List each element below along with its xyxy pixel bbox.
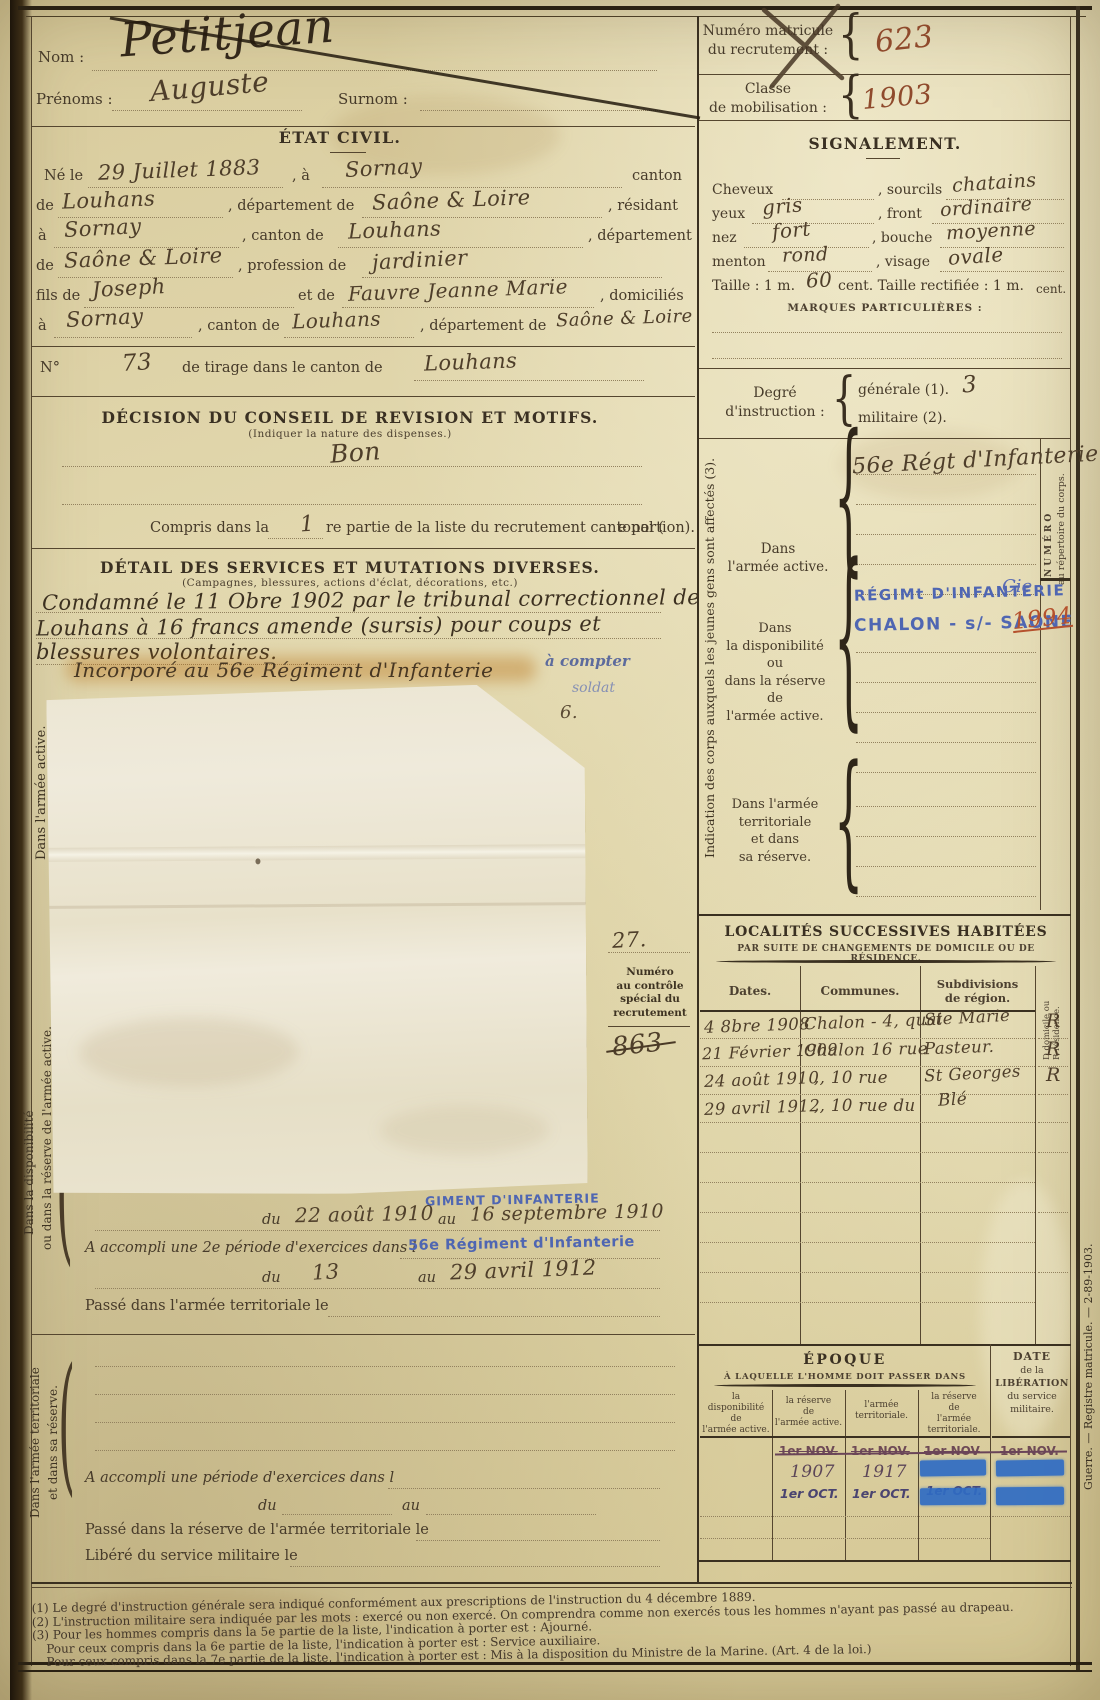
rule-line	[290, 1566, 660, 1567]
rule-line	[1038, 1272, 1068, 1273]
et-de-label: et de	[298, 288, 335, 304]
rule-line	[940, 271, 1064, 272]
taille-value: 60	[805, 267, 832, 292]
margin-label-territoriale-1: Dans l'armée territoriale	[28, 1268, 42, 1518]
cent-label: cent.	[1036, 282, 1066, 296]
rule-line	[1038, 1212, 1068, 1213]
du-label: du	[262, 1212, 281, 1228]
table-column-line	[1035, 966, 1036, 1344]
localite-row-commune: Chalon - 4, quai	[804, 1010, 943, 1034]
rule-line	[95, 1366, 675, 1367]
periode2-date-fin: 16 septembre 1910	[470, 1200, 664, 1225]
border-right-inner	[1070, 16, 1071, 1666]
decision-value: Bon	[329, 436, 382, 468]
instruction-generale-label: générale (1).	[858, 382, 949, 398]
controle-label-line2: au contrôle	[616, 980, 683, 992]
corps-dispo-line1: Dans	[758, 621, 791, 636]
date-line4: du service	[1007, 1391, 1057, 1402]
localite-row-dr: R	[1046, 1038, 1061, 1060]
periode2-date-debut: 22 août 1910	[295, 1201, 434, 1227]
redaction-bar	[996, 1459, 1064, 1476]
redaction-bar	[996, 1487, 1064, 1506]
squiggle-divider	[716, 960, 1056, 963]
passe-reserve-territoriale-label: Passé dans la réserve de l'armée territo…	[85, 1522, 429, 1538]
localite-row-date: 29 avril 1912	[704, 1096, 821, 1119]
controle-27: 27.	[611, 927, 647, 953]
hdr: l'armée	[937, 1414, 971, 1424]
rule-line	[856, 652, 1036, 653]
localite-row-subdiv: St Georges	[924, 1061, 1022, 1085]
rule-line	[388, 1488, 660, 1489]
margin-label-disponibilite-1: Dans la disponibilité	[22, 935, 36, 1235]
rule-line	[700, 1242, 1035, 1243]
au-label: au	[418, 1270, 436, 1286]
rule-line	[712, 332, 1062, 333]
rule-line	[856, 896, 1036, 897]
canton-domicile: Louhans	[292, 306, 382, 333]
numero-tirage-label: N°	[40, 360, 60, 376]
dept-domicile: Saône & Loire	[556, 306, 693, 332]
controle-label: Numéro au contrôle spécial du recrutemen…	[608, 966, 692, 1020]
rule-line	[268, 538, 323, 539]
nez-label: nez	[712, 230, 737, 246]
compris-num: 1	[299, 512, 315, 538]
rule-line	[330, 152, 366, 153]
nez-value: fort	[771, 216, 812, 243]
localite-row-commune: ,, 10 rue	[814, 1068, 888, 1087]
redaction-bar	[920, 1459, 986, 1476]
paper-stain	[79, 1016, 299, 1088]
paper-stain	[379, 1104, 549, 1155]
corps-terr-line4: sa réserve.	[739, 850, 811, 865]
hdr: l'armée active.	[775, 1418, 842, 1428]
rule-line	[856, 866, 1036, 867]
rule-line	[856, 742, 1036, 743]
hdr: l'armée	[864, 1400, 898, 1410]
number-fragment: 6.	[560, 702, 578, 723]
signalement-title: SIGNALEMENT.	[700, 134, 1070, 153]
rule-line	[856, 712, 1036, 713]
rule-line	[700, 1122, 1035, 1123]
hdr: disponibilité	[708, 1403, 764, 1413]
du-label: du	[262, 1270, 281, 1286]
rule-line	[282, 1514, 392, 1515]
du-label: du	[258, 1498, 277, 1514]
au-label: au	[402, 1498, 420, 1514]
services-title: DÉTAIL DES SERVICES ET MUTATIONS DIVERSE…	[40, 558, 660, 577]
rule-line	[414, 380, 644, 381]
rule-line	[856, 474, 1036, 475]
registre-matricule-page: Nom : Petitjean Prénoms : Auguste Surnom…	[0, 0, 1100, 1700]
hdr: territoriale.	[855, 1411, 908, 1421]
ne-le-label: Né le	[44, 168, 83, 184]
epoque-col1-header: ladisponibilitédel'armée active.	[700, 1392, 772, 1436]
rule-line	[95, 1230, 660, 1231]
corps-active-label: Dans l'armée active.	[722, 540, 834, 576]
rule-line	[699, 74, 1071, 75]
tirage-label: de tirage dans le canton de	[182, 360, 383, 376]
rule-line	[992, 1436, 1070, 1438]
corps-territoriale-label: Dans l'armée territoriale et dans sa rés…	[714, 796, 836, 866]
redaction-bar	[920, 1488, 986, 1506]
mere-value: Fauvre Jeanne Marie	[348, 274, 569, 306]
visage-label: , visage	[876, 254, 930, 270]
classe-label-line2: de mobilisation :	[709, 100, 827, 116]
tirage-canton: Louhans	[424, 348, 518, 375]
instruction-label-line1: Degré	[753, 385, 796, 401]
rule-line	[284, 337, 414, 338]
border-right	[1076, 6, 1080, 1670]
matricule-value: 623	[873, 19, 935, 60]
corps-dispo-label: Dans la disponibilité ou dans la réserve…	[714, 620, 836, 725]
compris-label-2: re partie de la liste du recrutement can…	[326, 520, 664, 536]
rule-line	[31, 1334, 695, 1335]
rule-line	[752, 223, 874, 224]
soldat-fragment: soldat	[572, 680, 615, 696]
corps-dispo-line5: de	[767, 691, 783, 706]
hdr: la	[732, 1392, 740, 1402]
periode3-date-fin: 29 avril 1912	[450, 1255, 597, 1284]
condamnation-line1: Condamné le 11 Obre 1902 par le tribunal…	[42, 585, 700, 615]
rule-line	[699, 438, 1071, 439]
rule-line	[700, 1094, 1035, 1095]
departement-label: , département de	[228, 198, 354, 214]
rule-line	[62, 504, 642, 505]
footer-separator	[31, 1582, 1072, 1584]
dept-residence: Saône & Loire	[64, 243, 223, 273]
rule-line	[856, 564, 1036, 565]
stamp-cie-annotation: Cie	[1002, 576, 1032, 597]
classe-label: Classe de mobilisation :	[698, 80, 838, 118]
epoque-val3-oct: 1er OCT.	[852, 1486, 911, 1501]
rule-line	[856, 806, 1036, 807]
a-label: , à	[292, 168, 310, 184]
residence: Sornay	[63, 214, 142, 242]
localites-col-subdivisions: Subdivisions de région.	[920, 977, 1035, 1005]
epoque-val3-year: 1917	[862, 1462, 907, 1482]
date-line1: DATE	[1013, 1350, 1051, 1363]
squiggle-divider	[714, 1384, 976, 1387]
epoque-col4-header: la réservedel'arméeterritoriale.	[918, 1392, 990, 1436]
rule-line	[608, 1026, 690, 1027]
rule-line	[700, 1152, 1035, 1153]
corps-dispo-line6: l'armée active.	[726, 709, 823, 724]
passe-territoriale-label: Passé dans l'armée territoriale le	[85, 1298, 329, 1314]
bouche-value: moyenne	[945, 218, 1036, 245]
rule-line	[608, 952, 690, 953]
instruction-label: Degré d'instruction :	[720, 384, 830, 422]
bouche-label: , bouche	[872, 230, 932, 246]
canton-de-label: , canton de	[242, 228, 324, 244]
hdr: l'armée active.	[702, 1425, 769, 1435]
hdr: la réserve	[786, 1396, 831, 1406]
sourcils-label: , sourcils	[878, 182, 942, 198]
epoque-col2-header: la réservedel'armée active.	[772, 1396, 845, 1429]
periode3-date-debut: 13	[311, 1259, 340, 1284]
rule-line	[699, 1560, 1071, 1562]
yeux-value: gris	[761, 192, 804, 219]
departement-label: , département	[588, 228, 692, 244]
a-label: à	[38, 228, 47, 244]
rule-line	[699, 120, 1071, 121]
rule-line	[856, 534, 1036, 535]
epoque-val2-year: 1907	[790, 1462, 835, 1482]
localite-row-dr: R	[1046, 1064, 1061, 1086]
tirage-number: 73	[121, 349, 153, 377]
rule-line	[700, 1182, 1035, 1183]
condamnation-line2: Louhans à 16 francs amende (sursis) pour…	[36, 612, 601, 641]
marques-label: MARQUES PARTICULIÈRES :	[700, 302, 1070, 314]
corps-dispo-line4: dans la réserve	[725, 674, 826, 689]
rule-line	[31, 548, 695, 549]
canton-residence: Louhans	[348, 216, 442, 243]
compris-label: Compris dans la	[150, 520, 269, 536]
epoque-val3-nov: 1er NOV.	[851, 1444, 910, 1458]
birth-place: Sornay	[344, 154, 423, 182]
a-label: à	[38, 318, 47, 334]
rule-line	[856, 772, 1036, 773]
paper-crease	[48, 902, 586, 909]
visage-value: ovale	[947, 242, 1004, 270]
classe-label-line1: Classe	[745, 81, 791, 97]
date-line3: LIBÉRATION	[995, 1378, 1069, 1389]
epoque-date-header: DATE de la LIBÉRATION du service militai…	[992, 1350, 1072, 1416]
taille-label: Taille : 1 m.	[712, 278, 795, 294]
epoque-title: ÉPOQUE	[700, 1352, 990, 1368]
regiment-infanterie-stamp-line1: RÉGIMt D'INFANTERIE	[854, 581, 1066, 605]
rule-line	[54, 337, 192, 338]
rule-line	[95, 1394, 675, 1395]
localite-row-subdiv: Blé	[937, 1089, 967, 1111]
domicile-value: Sornay	[65, 304, 144, 332]
accompli-2e-periode-label: A accompli une 2e période d'exercices da…	[85, 1240, 417, 1256]
rule-line	[1038, 1094, 1068, 1095]
menton-label: menton	[712, 254, 766, 270]
rule-line	[95, 1422, 675, 1423]
pere-value: Joseph	[91, 274, 166, 302]
footnotes-block: (1) Le degré d'instruction générale sera…	[32, 1586, 1083, 1670]
rule-line	[699, 1344, 1071, 1346]
border-bottom-inner	[18, 1670, 1092, 1672]
a-compter-fragment: à compter	[545, 652, 630, 670]
regiment-stamp: 56e Régiment d'Infanterie	[408, 1234, 635, 1254]
epoque-val2-oct: 1er OCT.	[780, 1486, 839, 1501]
canton-de-label: , canton de	[198, 318, 280, 334]
rule-line	[700, 1302, 1035, 1303]
rule-line	[700, 1212, 1035, 1213]
profession-value: jardinier	[371, 246, 468, 275]
libere-label: Libéré du service militaire le	[85, 1548, 298, 1564]
instruction-generale-value: 3	[961, 372, 978, 399]
taille-rectifiee-label: cent. Taille rectifiée : 1 m.	[838, 278, 1024, 294]
hdr: de	[803, 1407, 814, 1417]
departement-de-label: , département de	[420, 318, 546, 334]
rule-line	[31, 396, 695, 397]
canton-word: canton	[632, 168, 682, 184]
controle-label-line1: Numéro	[626, 966, 674, 978]
rule-line	[712, 358, 1062, 359]
margin-label-armee-active: Dans l'armée active.	[34, 650, 49, 860]
rule-line	[31, 346, 695, 347]
column-divider	[697, 16, 699, 1582]
rule-line	[328, 1316, 660, 1317]
hdr: de	[730, 1414, 741, 1424]
menton-value: rond	[782, 243, 829, 267]
hdr: de	[948, 1403, 959, 1413]
subdiv-line1: Subdivisions	[937, 977, 1019, 991]
rule-line	[700, 1516, 990, 1517]
instruction-militaire-label: militaire (2).	[858, 410, 947, 426]
residant-label: , résidant	[608, 198, 678, 214]
rule-line	[856, 682, 1036, 683]
localite-row-date: 4 8bre 1908	[704, 1014, 811, 1037]
corps-dispo-line2: la disponibilité	[726, 639, 824, 654]
de-label: de	[36, 258, 54, 274]
rule-line	[1038, 1152, 1068, 1153]
localites-col-communes: Communes.	[800, 984, 920, 998]
paper-mark	[255, 858, 260, 864]
yeux-label: yeux	[712, 206, 745, 222]
paper-crease	[47, 844, 585, 862]
etat-civil-title: ÉTAT CIVIL.	[40, 128, 640, 147]
localite-row-subdiv: Pasteur.	[924, 1037, 995, 1058]
canton-naissance: Louhans	[62, 186, 156, 213]
rule-line	[699, 914, 1071, 916]
brace-decoration: {	[838, 66, 863, 124]
localites-col-dates: Dates.	[700, 984, 800, 998]
fils-de-label: fils de	[36, 288, 80, 304]
epoque-col3-header: l'arméeterritoriale.	[845, 1400, 918, 1422]
rule-line	[95, 1288, 660, 1289]
localite-row-commune: ,, 10 rue du	[814, 1096, 916, 1115]
rule-line	[700, 1436, 990, 1438]
au-label: au	[438, 1212, 456, 1228]
corps-terr-line1: Dans l'armée	[732, 797, 819, 812]
corps-terr-line3: et dans	[751, 832, 799, 847]
rule-line	[856, 836, 1036, 837]
corps-active-label-line2: l'armée active.	[728, 559, 829, 575]
dept-naissance: Saône & Loire	[372, 185, 531, 215]
corps-terr-line2: territoriale	[739, 815, 812, 830]
profession-label: , profession de	[238, 258, 346, 274]
epoque-val2-nov: 1er NOV.	[779, 1444, 838, 1458]
hdr: territoriale.	[927, 1425, 980, 1435]
date-line5: militaire.	[1010, 1404, 1054, 1415]
rule-line	[62, 466, 642, 467]
localite-row-date: 24 août 1910	[704, 1068, 820, 1091]
rule-line	[700, 1538, 990, 1539]
controle-label-line4: recrutement	[613, 1007, 687, 1019]
loose-paper-overlay	[46, 684, 588, 1196]
accompli-periode-label: A accompli une période d'exercices dans …	[85, 1470, 394, 1486]
incorpore-entry: Incorporé au 56e Régiment d'Infanterie	[74, 658, 493, 682]
rule-line	[699, 368, 1071, 369]
localites-title: LOCALITÉS SUCCESSIVES HABITÉES	[700, 924, 1072, 940]
de-label: de	[36, 198, 54, 214]
localite-row-subdiv: Ste Marie	[924, 1006, 1011, 1029]
compris-label-3: e portion).	[618, 520, 695, 536]
rule-line	[426, 1514, 596, 1515]
corps-active-label-line1: Dans	[761, 541, 796, 557]
instruction-label-line2: d'instruction :	[725, 404, 824, 420]
rule-line	[95, 1450, 675, 1451]
controle-label-line3: spécial du	[620, 993, 680, 1005]
rule-line	[866, 158, 900, 159]
rule-line	[992, 1516, 1070, 1517]
localite-row-dr: R	[1046, 1010, 1061, 1032]
classe-value: 1903	[861, 79, 934, 116]
epoque-subtitle: À LAQUELLE L'HOMME DOIT PASSER DANS	[700, 1372, 990, 1382]
rule-line	[856, 504, 1036, 505]
hdr: la réserve	[931, 1392, 976, 1402]
corps-numero-divider	[1040, 438, 1041, 910]
localite-row-commune: Chalon 16 rue	[804, 1039, 928, 1060]
rule-line	[1038, 1122, 1068, 1123]
decision-title: DÉCISION DU CONSEIL DE REVISION ET MOTIF…	[40, 408, 660, 427]
brace-decoration: (	[58, 1339, 75, 1512]
rule-line	[36, 638, 661, 639]
date-line2: de la	[1020, 1365, 1043, 1376]
front-label: , front	[878, 206, 922, 222]
subdiv-line2: de région.	[945, 991, 1010, 1005]
numero-repertoire-label-1: NUMÉRO	[1044, 452, 1054, 577]
rule-line	[700, 1272, 1035, 1273]
domicilies-label: , domiciliés	[600, 288, 684, 304]
brace-decoration: {	[834, 733, 863, 906]
edition-caption: Guerre. — Registre matricule. — 2-89-190…	[1082, 1090, 1095, 1490]
corps-dispo-line3: ou	[767, 656, 783, 671]
rule-line	[416, 1540, 660, 1541]
